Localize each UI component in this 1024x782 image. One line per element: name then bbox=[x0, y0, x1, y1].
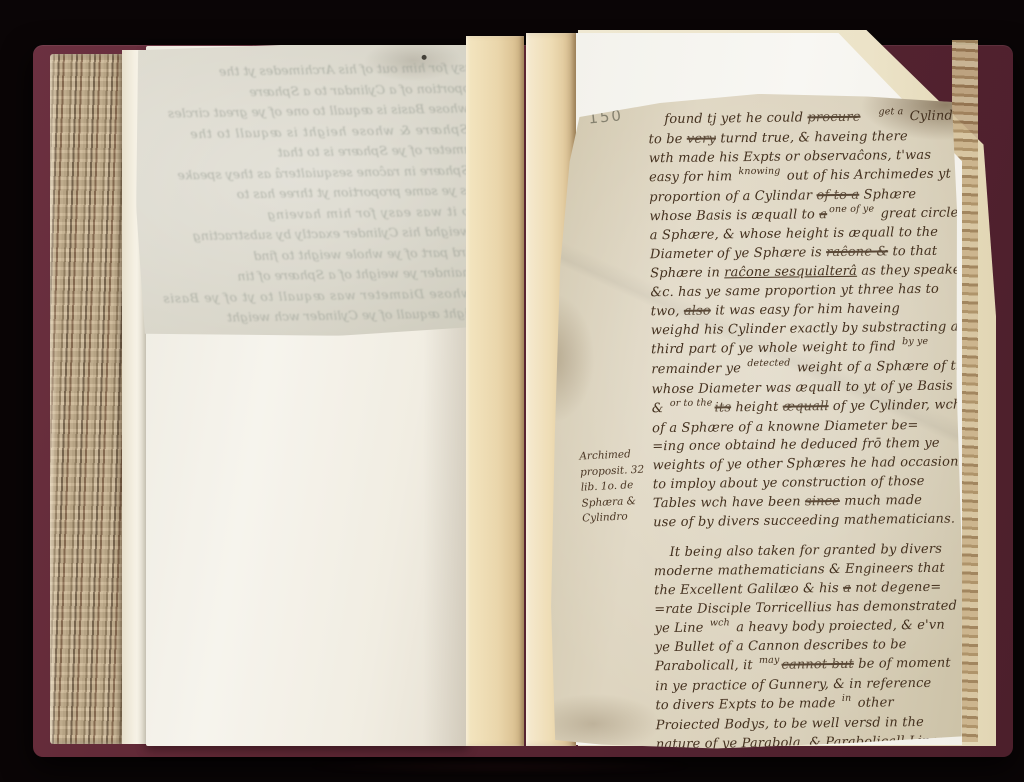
manuscript-line: &c. has ye same proportion yt three has … bbox=[650, 281, 962, 304]
manuscript-line: use of by divers succeeding mathematicia… bbox=[653, 510, 965, 533]
table-gleam bbox=[240, 758, 760, 774]
manuscript-line: found tj yet he could procureget a Cylin… bbox=[648, 107, 960, 131]
fore-edge-page-stack bbox=[50, 54, 124, 744]
showthrough-text: easy for him out of his Archimedes yt th… bbox=[152, 57, 489, 329]
gutter-guard-strip-1 bbox=[466, 36, 524, 746]
manuscript-text: found tj yet he could procureget a Cylin… bbox=[648, 107, 968, 755]
photo-background: easy for him out of his Archimedes yt th… bbox=[0, 0, 1024, 782]
inserted-leaf: easy for him out of his Archimedes yt th… bbox=[134, 42, 503, 338]
manuscript-leaf: 150 Archimedproposit. 32lib. 1o. deSphær… bbox=[544, 91, 966, 750]
